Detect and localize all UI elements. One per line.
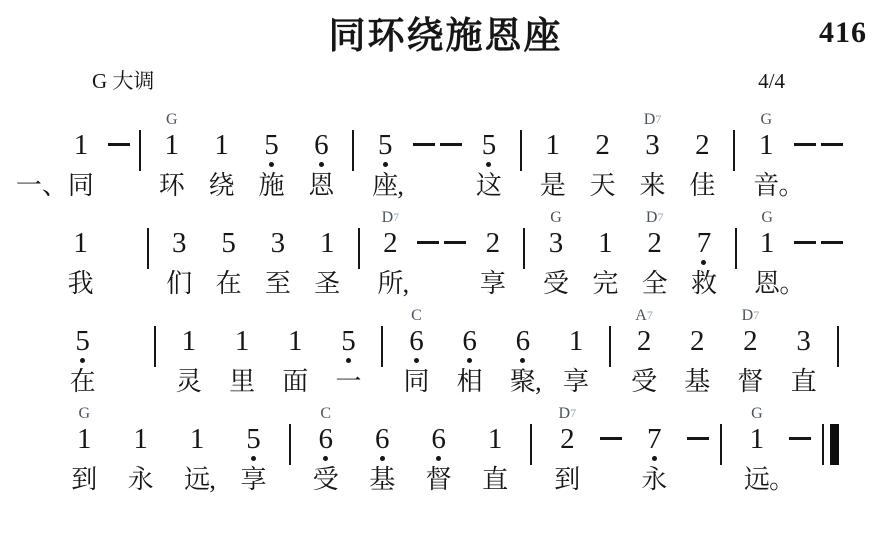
octave-row — [437, 161, 464, 170]
chord-row — [360, 104, 410, 128]
octave-row — [360, 161, 410, 170]
note-cell: C6受 — [298, 398, 354, 496]
note-digit: 7 — [697, 228, 712, 258]
chord-label: G — [166, 111, 178, 128]
octave-row — [56, 259, 105, 268]
note-cell: D73来 — [628, 104, 678, 202]
chord-row: A7 — [618, 300, 671, 324]
note-digit: 2 — [383, 228, 398, 258]
lyric-syllable: 在 — [70, 367, 96, 397]
octave-row — [777, 357, 830, 366]
chord-label: D7 — [382, 209, 400, 226]
lyric-row — [818, 268, 845, 300]
octave-row — [618, 357, 671, 366]
time-signature: 4/4 — [758, 68, 785, 94]
barline-mark — [520, 130, 522, 171]
lyric-syllable: 永 — [641, 465, 667, 495]
chord-row — [777, 300, 830, 324]
octave-dot — [520, 358, 525, 363]
octave-row — [296, 161, 346, 170]
chord-label: G — [760, 111, 772, 128]
final-barline-thick — [830, 424, 839, 465]
note-cell: D72所, — [366, 202, 415, 300]
lyric-row: 督 — [410, 464, 466, 496]
note-row — [596, 422, 626, 455]
lyric-syllable: 环 — [159, 171, 185, 201]
note-digit: 1 — [235, 326, 250, 356]
note-cell: 1灵 — [162, 300, 215, 398]
note-cell: G1到 — [56, 398, 112, 496]
note-digit: 1 — [133, 424, 148, 454]
octave-row — [468, 259, 517, 268]
note-row: 1 — [581, 226, 630, 259]
lyric-row — [415, 268, 442, 300]
lyric-row: 我 — [56, 268, 105, 300]
note-digit: 1 — [569, 326, 584, 356]
lyric-row: 是 — [528, 170, 578, 202]
lyric-syllable: 受 — [313, 465, 339, 495]
note-cell: 6相 — [443, 300, 496, 398]
octave-row — [628, 161, 678, 170]
octave-row — [791, 161, 818, 170]
note-cell: 1是 — [528, 104, 578, 202]
note-digit: 6 — [462, 326, 477, 356]
octave-dot — [414, 358, 419, 363]
duration-dash-cell — [437, 104, 464, 202]
lyric-row — [437, 170, 464, 202]
duration-dash-cell — [415, 202, 442, 300]
note-row: 3 — [777, 324, 830, 357]
lyric-row: 来 — [628, 170, 678, 202]
lyric-syllable: 绕 — [209, 171, 235, 201]
note-digit: 6 — [516, 326, 531, 356]
octave-row — [596, 455, 626, 464]
chord-label: C — [411, 307, 422, 324]
lyric-row: 远。 — [729, 464, 785, 496]
barline-mark — [154, 326, 156, 367]
note-cell: 1完 — [581, 202, 630, 300]
note-row: 5 — [360, 128, 410, 161]
chord-row: D7 — [628, 104, 678, 128]
note-cell: 2基 — [671, 300, 724, 398]
duration-dash — [821, 241, 843, 244]
octave-row — [56, 161, 106, 170]
measure-spacer — [109, 300, 147, 398]
music-notation: 1同一、G1环1绕5施6恩5座,5这1是2天D73来2佳G1音。1我3们5在3至… — [0, 104, 891, 496]
lyric-syllable: 佳 — [689, 171, 715, 201]
chord-row — [677, 104, 727, 128]
chord-row — [56, 104, 106, 128]
note-row: 5 — [56, 324, 109, 357]
lyric-row — [442, 268, 469, 300]
lyric-punctuation: , — [209, 465, 216, 495]
lyric-row: 永 — [112, 464, 168, 496]
duration-dash — [794, 241, 816, 244]
barline-mark — [609, 326, 611, 367]
octave-row — [112, 455, 168, 464]
octave-row — [528, 161, 578, 170]
note-cell: C6同 — [390, 300, 443, 398]
chord-seventh: 7 — [570, 406, 576, 420]
lyric-syllable: 到 — [554, 465, 580, 495]
lyric-syllable: 至 — [265, 269, 291, 299]
duration-dash-cell — [106, 104, 133, 202]
barline — [603, 300, 618, 398]
lyric-row: 佳 — [677, 170, 727, 202]
measure-spacer — [105, 202, 141, 300]
note-row: 5 — [322, 324, 375, 357]
octave-row — [147, 161, 197, 170]
note-cell: G1远。 — [729, 398, 785, 496]
note-digit: 1 — [546, 130, 561, 160]
barline — [375, 300, 390, 398]
note-row — [791, 128, 818, 161]
lyric-syllable: 永 — [128, 465, 154, 495]
note-row — [437, 128, 464, 161]
key-signature: G 大调 — [92, 68, 154, 94]
note-digit: 1 — [320, 228, 335, 258]
lyric-row: 受 — [298, 464, 354, 496]
note-cell: 1永 — [112, 398, 168, 496]
duration-dash-cell — [792, 202, 819, 300]
lyric-row: 天 — [578, 170, 628, 202]
lyric-row: 到 — [539, 464, 595, 496]
octave-row — [581, 259, 630, 268]
chord-row — [56, 300, 109, 324]
lyric-syllable: 聚, — [510, 367, 536, 397]
chord-label: G — [78, 405, 90, 422]
chord-row: G — [56, 398, 112, 422]
lyric-punctuation: , — [397, 171, 404, 201]
octave-row — [464, 161, 514, 170]
lyric-syllable: 里 — [229, 367, 255, 397]
barline-mark — [530, 424, 532, 465]
note-cell: 5一 — [322, 300, 375, 398]
barline-mark — [381, 326, 383, 367]
chord-row — [303, 202, 352, 226]
note-row: 1 — [528, 128, 578, 161]
chord-row — [410, 398, 466, 422]
lyric-row: 音。 — [741, 170, 791, 202]
octave-dot — [701, 260, 706, 265]
lyric-row: 直 — [467, 464, 523, 496]
note-row: 2 — [468, 226, 517, 259]
note-row: 2 — [630, 226, 679, 259]
final-barline-thin — [822, 424, 824, 465]
note-row: 1 — [269, 324, 322, 357]
duration-dash — [444, 241, 466, 244]
note-digit: 5 — [341, 326, 356, 356]
lyric-syllable: 来 — [640, 171, 666, 201]
lyric-row: 这 — [464, 170, 514, 202]
octave-dot — [346, 358, 351, 363]
note-cell: 5施 — [247, 104, 297, 202]
chord-row — [269, 300, 322, 324]
note-cell: 6基 — [354, 398, 410, 496]
chord-seventh: 7 — [655, 112, 661, 126]
lyric-row: 完 — [581, 268, 630, 300]
duration-dash-cell — [791, 104, 818, 202]
note-row: 6 — [298, 422, 354, 455]
octave-row — [677, 161, 727, 170]
note-digit: 1 — [288, 326, 303, 356]
chord-row: G — [531, 202, 580, 226]
final-barline — [816, 398, 845, 496]
barline — [147, 300, 162, 398]
note-row — [682, 422, 712, 455]
lyric-row: 直 — [777, 366, 830, 398]
note-cell: 5在 — [204, 202, 253, 300]
chord-seventh: 7 — [393, 210, 399, 224]
duration-dash-cell — [410, 104, 437, 202]
lyric-syllable: 相 — [457, 367, 483, 397]
duration-dash — [440, 143, 462, 146]
octave-row — [578, 161, 628, 170]
octave-row — [785, 455, 815, 464]
octave-row — [549, 357, 602, 366]
note-digit: 2 — [486, 228, 501, 258]
lyric-syllable: 们 — [166, 269, 192, 299]
note-cell: G1音。 — [741, 104, 791, 202]
duration-dash — [600, 437, 622, 440]
lyric-syllable: 同 — [404, 367, 430, 397]
lyric-row: 同一、 — [56, 170, 106, 202]
note-digit: 2 — [637, 326, 652, 356]
duration-dash — [789, 437, 811, 440]
lyric-syllable: 天 — [590, 171, 616, 201]
lyric-row: 督 — [724, 366, 777, 398]
octave-row — [155, 259, 204, 268]
lyric-syllable: 一 — [335, 367, 361, 397]
lyric-row: 相 — [443, 366, 496, 398]
note-cell: 1面 — [269, 300, 322, 398]
note-cell: 2天 — [578, 104, 628, 202]
lyric-syllable: 基 — [369, 465, 395, 495]
note-digit: 2 — [690, 326, 705, 356]
barline-mark — [735, 228, 737, 269]
note-cell: 2佳 — [677, 104, 727, 202]
chord-row — [322, 300, 375, 324]
lyric-syllable: 全 — [642, 269, 668, 299]
lyric-syllable: 恩 — [308, 171, 334, 201]
note-digit: 1 — [190, 424, 205, 454]
chord-seventh: 7 — [647, 308, 653, 322]
chord-row — [437, 104, 464, 128]
lyric-row — [596, 464, 626, 496]
octave-dot — [652, 456, 657, 461]
chord-row — [169, 398, 225, 422]
chord-row — [442, 202, 469, 226]
barline-mark — [523, 228, 525, 269]
duration-dash-cell — [682, 398, 712, 496]
barline-mark — [289, 424, 291, 465]
chord-row: G — [741, 104, 791, 128]
octave-row — [410, 455, 466, 464]
barline-mark — [147, 228, 149, 269]
lyric-syllable: 督 — [426, 465, 452, 495]
lyric-syllable: 完 — [592, 269, 618, 299]
octave-row — [679, 259, 728, 268]
note-row: 1 — [162, 324, 215, 357]
hymn-page: 416 同环绕施恩座 G 大调 4/4 1同一、G1环1绕5施6恩5座,5这1是… — [0, 0, 891, 538]
octave-dot — [319, 162, 324, 167]
lyric-syllable: 圣 — [314, 269, 340, 299]
note-row: 1 — [197, 128, 247, 161]
note-cell: 1绕 — [197, 104, 247, 202]
octave-dot — [383, 162, 388, 167]
note-row: 2 — [366, 226, 415, 259]
note-digit: 6 — [431, 424, 446, 454]
note-row: 3 — [628, 128, 678, 161]
note-row: 1 — [467, 422, 523, 455]
note-digit: 3 — [172, 228, 187, 258]
barline — [727, 104, 741, 202]
note-row — [442, 226, 469, 259]
barline — [518, 202, 532, 300]
lyric-row — [791, 170, 818, 202]
octave-dot — [269, 162, 274, 167]
note-cell: 1同一、 — [56, 104, 106, 202]
chord-row — [578, 104, 628, 128]
chord-row — [468, 202, 517, 226]
octave-row — [298, 455, 354, 464]
lyric-syllable: 直 — [482, 465, 508, 495]
note-cell: 3直 — [777, 300, 830, 398]
lyric-syllable: 在 — [216, 269, 242, 299]
note-cell: 1里 — [216, 300, 269, 398]
lyric-syllable: 享 — [241, 465, 267, 495]
note-digit: 6 — [319, 424, 334, 454]
octave-row — [442, 259, 469, 268]
chord-row — [56, 202, 105, 226]
octave-row — [724, 357, 777, 366]
lyric-syllable: 受 — [631, 367, 657, 397]
note-digit: 5 — [221, 228, 236, 258]
duration-dash-cell — [442, 202, 469, 300]
lyric-row: 恩。 — [742, 268, 791, 300]
duration-dash-cell — [596, 398, 626, 496]
lyric-row: 远, — [169, 464, 225, 496]
lyric-syllable: 直 — [791, 367, 817, 397]
chord-row — [106, 104, 133, 128]
music-line: 1我3们5在3至1圣D72所,2享G3受1完D72全7救G1恩。 — [0, 202, 891, 300]
lyric-syllable: 基 — [684, 367, 710, 397]
chord-label: G — [751, 405, 763, 422]
octave-row — [741, 161, 791, 170]
barline-mark — [733, 130, 735, 171]
note-digit: 3 — [796, 326, 811, 356]
note-digit: 3 — [271, 228, 286, 258]
note-digit: 1 — [759, 130, 774, 160]
chord-row: D7 — [539, 398, 595, 422]
lyric-row: 基 — [671, 366, 724, 398]
note-row: 2 — [539, 422, 595, 455]
note-digit: 1 — [74, 130, 89, 160]
barline — [713, 398, 729, 496]
duration-dash — [794, 143, 816, 146]
chord-label: G — [550, 209, 562, 226]
note-cell: 1远, — [169, 398, 225, 496]
chord-row — [216, 300, 269, 324]
chord-row — [792, 202, 819, 226]
duration-dash — [108, 143, 130, 146]
lyric-syllable: 受 — [543, 269, 569, 299]
octave-row — [818, 161, 845, 170]
octave-dot — [251, 456, 256, 461]
octave-row — [303, 259, 352, 268]
note-cell: 1圣 — [303, 202, 352, 300]
lyric-syllable: 远, — [184, 465, 210, 495]
note-cell: 6督 — [410, 398, 466, 496]
octave-row — [539, 455, 595, 464]
chord-row — [791, 104, 818, 128]
note-row: 2 — [671, 324, 724, 357]
chord-row — [443, 300, 496, 324]
music-line: 5在1灵1里1面5一C6同6相6聚,1享A72受2基D72督3直 — [0, 300, 891, 398]
note-row — [106, 128, 133, 161]
octave-dot — [436, 456, 441, 461]
octave-dot — [467, 358, 472, 363]
note-row: 1 — [549, 324, 602, 357]
note-row: 6 — [496, 324, 549, 357]
barline-mark — [358, 228, 360, 269]
lyric-row: 同 — [390, 366, 443, 398]
lyric-row: 环 — [147, 170, 197, 202]
lyric-row — [106, 170, 133, 202]
note-row — [818, 128, 845, 161]
chord-row — [410, 104, 437, 128]
note-digit: 1 — [488, 424, 503, 454]
lyric-syllable: 同一、 — [68, 171, 94, 201]
chord-row: C — [298, 398, 354, 422]
lyric-syllable: 是 — [540, 171, 566, 201]
chord-label: C — [320, 405, 331, 422]
chord-row: G — [729, 398, 785, 422]
octave-row — [792, 259, 819, 268]
note-row: 1 — [56, 128, 106, 161]
note-cell: 3至 — [253, 202, 302, 300]
lyric-punctuation: , — [535, 367, 542, 397]
octave-row — [56, 455, 112, 464]
lyric-row: 里 — [216, 366, 269, 398]
note-digit: 2 — [595, 130, 610, 160]
note-cell: G3受 — [531, 202, 580, 300]
chord-row — [581, 202, 630, 226]
chord-row — [155, 202, 204, 226]
chord-row: D7 — [366, 202, 415, 226]
lyric-row: 享 — [468, 268, 517, 300]
note-row: 3 — [253, 226, 302, 259]
note-cell: 2享 — [468, 202, 517, 300]
lyric-prefix: 一、 — [16, 171, 68, 201]
note-digit: 3 — [549, 228, 564, 258]
chord-row — [247, 104, 297, 128]
lyric-row: 们 — [155, 268, 204, 300]
barline-mark — [720, 424, 722, 465]
note-cell: 3们 — [155, 202, 204, 300]
lyric-syllable: 座, — [372, 171, 398, 201]
octave-row — [443, 357, 496, 366]
octave-row — [225, 455, 281, 464]
octave-row — [322, 357, 375, 366]
note-row: 1 — [303, 226, 352, 259]
chord-row — [626, 398, 682, 422]
chord-row: G — [147, 104, 197, 128]
music-line: G1到1永1远,5享C6受6基6督1直D72到7永G1远。 — [0, 398, 891, 496]
barline — [133, 104, 147, 202]
lyric-syllable: 施 — [258, 171, 284, 201]
chord-row — [671, 300, 724, 324]
